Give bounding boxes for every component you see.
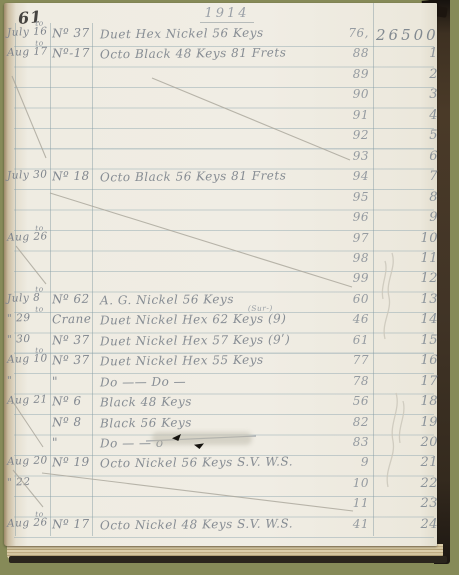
ledger-row: 892 <box>4 67 437 87</box>
row-number-cell: 6 <box>376 149 438 164</box>
serial-cell: 46 <box>302 312 369 326</box>
model-number-cell: Nº 6 <box>52 394 94 409</box>
model-number-cell: Nº 62 <box>52 291 94 306</box>
ledger-row: Aug 26to9710 <box>4 231 437 251</box>
date-cell: Aug 26to <box>7 516 50 529</box>
serial-cell: 89 <box>302 67 369 81</box>
ledger-row: Aug 20Nº 19Octo Nickel 56 Keys S.V. W.S.… <box>4 455 437 475</box>
serial-cell: 95 <box>302 190 369 204</box>
model-number-cell: Nº 37 <box>52 26 94 41</box>
ledger-row: " 221022 <box>4 476 437 496</box>
row-number-cell: 16 <box>376 353 438 368</box>
date-cell: " 29to <box>7 312 50 325</box>
serial-cell: 77 <box>302 353 369 367</box>
date-cell: Aug 21 <box>7 393 50 406</box>
ledger-row: 925 <box>4 128 437 148</box>
date-to-superscript: to <box>35 346 44 355</box>
ledger-row: 958 <box>4 190 437 210</box>
serial-cell: 83 <box>302 435 369 449</box>
date-cell: July 30 <box>7 168 50 181</box>
model-number-cell: Nº 37 <box>52 353 94 368</box>
serial-cell: 88 <box>302 46 369 60</box>
serial-cell: 91 <box>302 108 369 122</box>
model-number-cell: Nº-17 <box>52 46 94 61</box>
date-cell: " <box>7 373 50 386</box>
date-cell: " 22 <box>7 475 50 488</box>
row-number-cell: 5 <box>376 128 438 143</box>
date-cell: Aug 10to <box>7 352 50 365</box>
row-number-cell: 26500 <box>376 26 438 44</box>
date-cell: " 30 <box>7 332 50 345</box>
date-to-superscript: to <box>35 284 44 293</box>
date-cell: Aug 17to <box>7 46 50 59</box>
serial-cell: 97 <box>302 231 369 245</box>
row-number-cell: 7 <box>376 169 438 184</box>
year-heading: 1914 <box>172 6 282 21</box>
serial-cell: 93 <box>302 149 369 163</box>
ledger-row: Aug 10toNº 37Duet Nickel Hex 55 Keys7716 <box>4 353 437 373</box>
model-number-cell: Nº 37 <box>52 332 94 347</box>
serial-cell: 90 <box>302 87 369 101</box>
ledger-row: July 30Nº 18Octo Black 56 Keys 81 Frets9… <box>4 169 437 189</box>
scanned-ledger-screenshot: { "page": { "number": "61", "year": "191… <box>0 0 459 575</box>
row-number-cell: 22 <box>376 476 438 491</box>
row-number-cell: 4 <box>376 108 438 123</box>
row-number-cell: 3 <box>376 87 438 102</box>
serial-cell: 99 <box>302 271 369 285</box>
serial-cell: 61 <box>302 333 369 347</box>
date-to-superscript: to <box>35 39 44 48</box>
row-number-cell: 10 <box>376 231 438 246</box>
serial-cell: 56 <box>302 394 369 408</box>
model-number-cell: Crane <box>52 312 94 327</box>
ledger-row: Aug 26toNº 17Octo Nickel 48 Keys S.V. W.… <box>4 517 437 537</box>
date-to-superscript: to <box>35 509 44 518</box>
ledger-page: 61 1914 July 16toNº 37Duet Hex Nickel 56… <box>4 3 437 546</box>
ledger-row: 9912 <box>4 271 437 291</box>
row-number-cell: 18 <box>376 394 438 409</box>
ledger-row: 1123 <box>4 496 437 516</box>
serial-cell: 10 <box>302 476 369 490</box>
row-number-cell: 23 <box>376 496 438 511</box>
row-number-cell: 17 <box>376 374 438 389</box>
model-number-cell: Nº 19 <box>52 455 94 470</box>
date-to-superscript: to <box>35 223 44 232</box>
ink-smudge <box>152 432 252 445</box>
model-number-cell: Nº 18 <box>52 169 94 184</box>
page-shadow <box>9 556 447 563</box>
ledger-row: 936 <box>4 149 437 169</box>
row-number-cell: 12 <box>376 271 438 286</box>
date-cell: July 16to <box>7 25 50 38</box>
ledger-row: 914 <box>4 108 437 128</box>
serial-cell: 41 <box>302 517 369 531</box>
serial-cell: 98 <box>302 251 369 265</box>
ledger-row: 969 <box>4 210 437 230</box>
ledger-row: July 8toNº 62A. G. Nickel 56 Keys6013 <box>4 292 437 312</box>
ledger-row: ""Do —— Do —7817 <box>4 374 437 394</box>
date-cell: Aug 26to <box>7 230 50 243</box>
row-number-cell: 21 <box>376 455 438 470</box>
serial-cell: 76, <box>302 26 369 40</box>
model-number-cell: " <box>52 435 94 450</box>
row-number-cell: 13 <box>376 292 438 307</box>
serial-cell: 92 <box>302 128 369 142</box>
row-number-cell: 2 <box>376 67 438 82</box>
model-number-cell: Nº 8 <box>52 414 94 429</box>
date-to-superscript: to <box>35 305 44 314</box>
ledger-row: " 29toCraneDuet Nickel Hex 62 Keys (9)(S… <box>4 312 437 332</box>
row-number-cell: 11 <box>376 251 438 266</box>
ledger-row: Aug 17toNº-17Octo Black 48 Keys 81 Frets… <box>4 46 437 66</box>
serial-cell: 94 <box>302 169 369 183</box>
description-superscript: (Sur-) <box>248 304 273 313</box>
serial-cell: 82 <box>302 415 369 429</box>
row-number-cell: 1 <box>376 46 438 61</box>
model-number-cell: Nº 17 <box>52 516 94 531</box>
row-number-cell: 8 <box>376 190 438 205</box>
serial-cell: 96 <box>302 210 369 224</box>
date-to-superscript: to <box>35 18 44 27</box>
ledger-row: Aug 21Nº 6Black 48 Keys5618 <box>4 394 437 414</box>
serial-cell: 78 <box>302 374 369 388</box>
row-number-cell: 24 <box>376 517 438 532</box>
row-number-cell: 20 <box>376 435 438 450</box>
page-corner-tear <box>435 6 447 17</box>
row-number-cell: 15 <box>376 333 438 348</box>
serial-cell: 9 <box>302 455 369 469</box>
row-number-cell: 9 <box>376 210 438 225</box>
row-number-cell: 19 <box>376 415 438 430</box>
date-cell: Aug 20 <box>7 455 50 468</box>
date-cell: July 8to <box>7 291 50 304</box>
ledger-row: 903 <box>4 87 437 107</box>
ledger-row: July 16toNº 37Duet Hex Nickel 56 Keys76,… <box>4 26 437 46</box>
ledger-row: " 30Nº 37Duet Nickel Hex 57 Keys (9ʹ)611… <box>4 333 437 353</box>
ledger-row: 9811 <box>4 251 437 271</box>
row-number-cell: 14 <box>376 312 438 327</box>
model-number-cell: " <box>52 373 94 388</box>
serial-cell: 11 <box>302 496 369 510</box>
serial-cell: 60 <box>302 292 369 306</box>
